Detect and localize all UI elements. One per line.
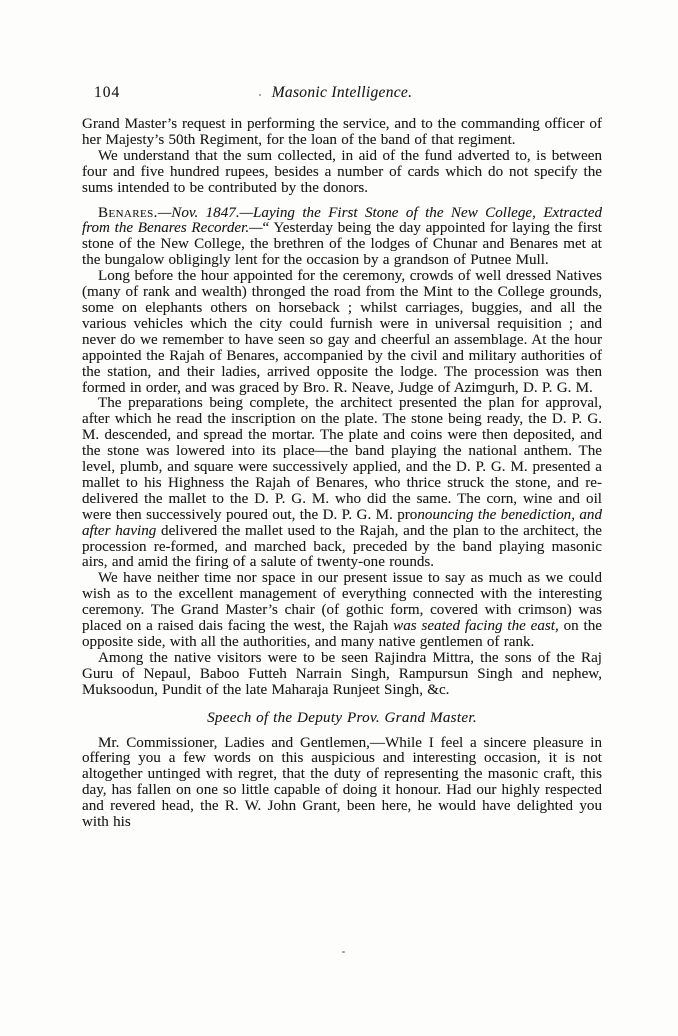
scan-speck: [259, 94, 261, 96]
paragraph-text: Benares.: [98, 205, 158, 221]
speech-heading: Speech of the Deputy Prov. Grand Master.: [82, 711, 602, 727]
paragraph-text: We understand that the sum collected, in…: [82, 148, 602, 196]
paragraph-text: was seated facing the east,: [393, 618, 559, 634]
paragraph: We have neither time nor space in our pr…: [82, 571, 602, 651]
page-header: 104 Masonic Intelligence.: [82, 84, 602, 104]
page-body: Grand Master’s request in performing the…: [82, 117, 602, 831]
paragraph: Mr. Commissioner, Ladies and Gentlemen,—…: [82, 736, 602, 831]
scanned-page: 104 Masonic Intelligence. Grand Master’s…: [0, 0, 678, 1036]
scan-speck: [342, 951, 345, 953]
paragraph-text: Grand Master’s request in performing the…: [82, 116, 602, 148]
running-title: Masonic Intelligence.: [82, 84, 602, 102]
paragraph-text: The preparations being complete, the arc…: [82, 395, 602, 522]
paragraph: The preparations being complete, the arc…: [82, 396, 602, 571]
paragraph: We understand that the sum collected, in…: [82, 149, 602, 197]
paragraph: Among the native visitors were to be see…: [82, 651, 602, 699]
paragraph: Grand Master’s request in performing the…: [82, 117, 602, 149]
paragraph: Benares.—Nov. 1847.—Laying the First Sto…: [82, 206, 602, 270]
paragraph: Long before the hour appointed for the c…: [82, 269, 602, 396]
paragraph-text: Among the native visitors were to be see…: [82, 650, 602, 698]
paragraph-text: delivered the mallet used to the Rajah, …: [82, 523, 602, 571]
paragraph-text: Mr. Commissioner, Ladies and Gentlemen,—…: [82, 735, 602, 831]
paragraph-text: Long before the hour appointed for the c…: [82, 268, 602, 395]
